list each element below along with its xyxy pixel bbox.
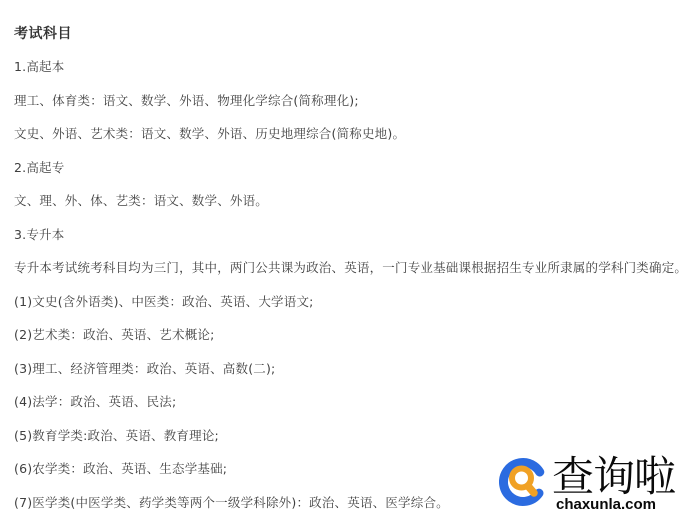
subject-line: 理工、体育类：语文、数学、外语、物理化学综合(简称理化);	[14, 94, 678, 108]
section-heading-gaoqizhuan: 2.高起专	[14, 161, 678, 175]
subject-line: (5)教育学类:政治、英语、教育理论;	[14, 429, 678, 443]
subject-line: (1)文史(含外语类)、中医类：政治、英语、大学语文;	[14, 295, 678, 309]
subject-line: (4)法学：政治、英语、民法;	[14, 395, 678, 409]
watermark-text: 查询啦 chaxunla.com	[552, 454, 675, 513]
subject-line: (3)理工、经济管理类：政治、英语、高数(二);	[14, 362, 678, 376]
page-title: 考试科目	[14, 27, 678, 41]
section-intro: 专升本考试统考科目均为三门，其中，两门公共课为政治、英语，一门专业基础课根据招生…	[14, 261, 678, 275]
section-heading-gaoqiben: 1.高起本	[14, 60, 678, 74]
article-page: 考试科目 1.高起本 理工、体育类：语文、数学、外语、物理化学综合(简称理化);…	[0, 0, 682, 526]
section-heading-zhuanshengben: 3.专升本	[14, 228, 678, 242]
subject-line: (2)艺术类：政治、英语、艺术概论;	[14, 328, 678, 342]
subject-line: 文史、外语、艺术类：语文、数学、外语、历史地理综合(简称史地)。	[14, 127, 678, 141]
subject-line: 文、理、外、体、艺类：语文、数学、外语。	[14, 194, 678, 208]
magnifier-icon	[499, 454, 549, 510]
watermark-domain: chaxunla.com	[556, 497, 656, 513]
watermark-brand-name: 查询啦	[552, 454, 675, 500]
watermark-logo: 查询啦 chaxunla.com	[499, 454, 675, 513]
